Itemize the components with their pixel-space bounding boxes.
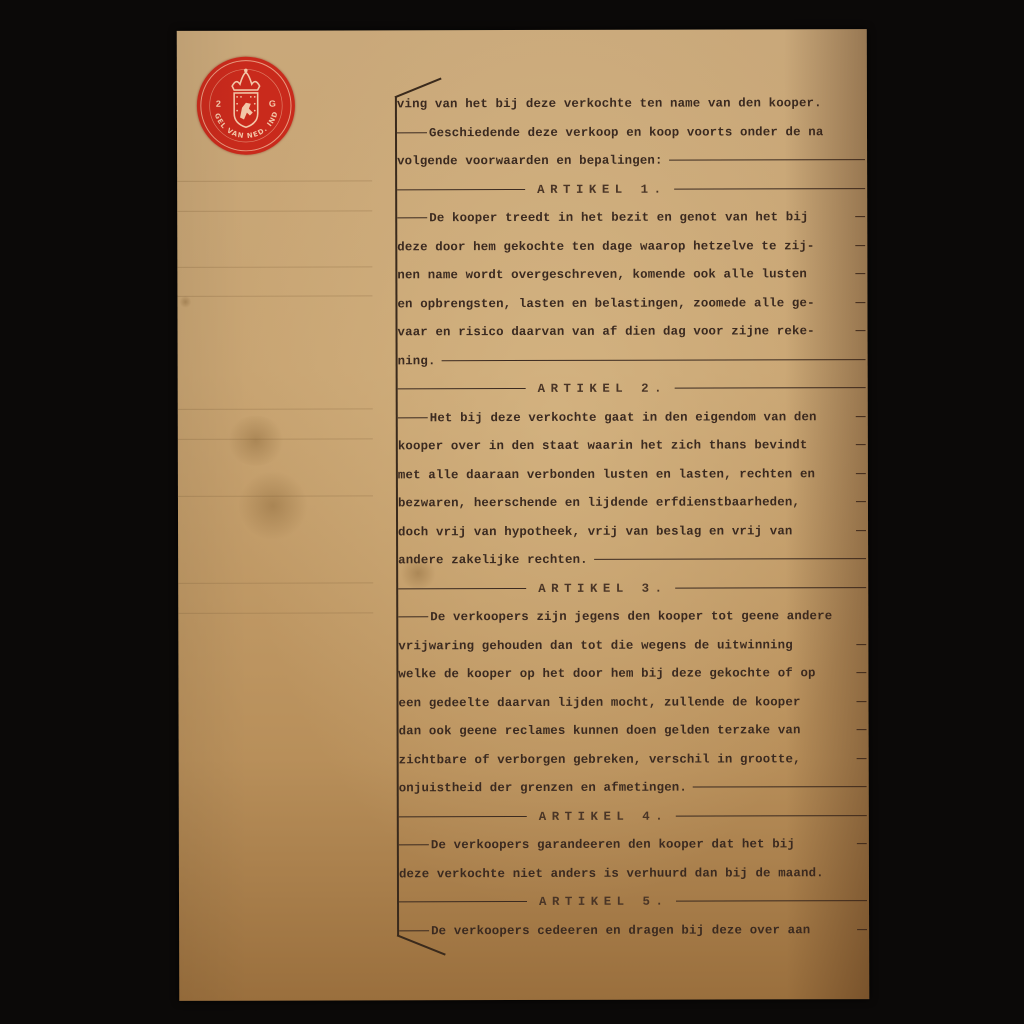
line-text: onjuistheid der grenzen en afmetingen. — [399, 774, 687, 803]
paragraph-lead-rule — [397, 216, 427, 218]
deed-text: ving van het bij deze verkochte ten name… — [397, 89, 867, 945]
document-page: ZEGEL VAN NED. INDIË 2 G ving van het bi… — [177, 29, 870, 1001]
line-tail-rule — [857, 929, 867, 930]
seal-denomination-right: G — [269, 99, 276, 109]
text-line: deze verkochte niet anders is verhuurd d… — [399, 859, 867, 889]
text-line: bezwaren, heerschende en lijdende erfdie… — [398, 488, 866, 518]
line-tail-rule — [855, 302, 865, 303]
text-line: zichtbare of verborgen gebreken, verschi… — [399, 745, 867, 775]
margin-rule — [177, 210, 372, 212]
line-text: De verkoopers cedeeren en dragen bij dez… — [431, 916, 810, 945]
line-text: deze verkochte niet anders is verhuurd d… — [399, 859, 824, 889]
line-tail-rule — [856, 416, 866, 417]
paragraph-lead-rule — [399, 929, 429, 931]
text-line: kooper over in den staat waarin het zich… — [398, 431, 866, 461]
stain — [179, 296, 191, 308]
line-tail-rule — [856, 501, 866, 502]
article-title: ARTIKEL 1. — [537, 175, 666, 204]
text-line: De verkoopers garandeeren den kooper dat… — [399, 830, 867, 860]
line-text: doch vrij van hypotheek, vrij van beslag… — [398, 517, 793, 547]
article-heading: ARTIKEL 2. — [398, 374, 866, 404]
text-line: ning. — [398, 346, 866, 376]
line-text: volgende voorwaarden en bepalingen: — [397, 147, 663, 176]
text-line: doch vrij van hypotheek, vrij van beslag… — [398, 517, 866, 547]
line-text: andere zakelijke rechten. — [398, 546, 588, 575]
article-heading: ARTIKEL 4. — [399, 802, 867, 832]
line-text: zichtbare of verborgen gebreken, verschi… — [399, 745, 801, 775]
text-line: volgende voorwaarden en bepalingen: — [397, 146, 865, 176]
article-title: ARTIKEL 5. — [539, 888, 668, 917]
article-title: ARTIKEL 2. — [538, 375, 667, 404]
line-text: De kooper treedt in het bezit en genot v… — [429, 203, 808, 232]
text-line: De verkoopers cedeeren en dragen bij dez… — [399, 916, 867, 946]
line-tail-rule — [856, 473, 866, 474]
line-text: bezwaren, heerschende en lijdende erfdie… — [398, 488, 800, 518]
line-text: welke de kooper op het door hem bij deze… — [398, 659, 815, 689]
heading-rule-right — [676, 900, 867, 901]
text-line: Geschiedende deze verkoop en koop voorts… — [397, 118, 865, 148]
line-text: nen name wordt overgeschreven, komende o… — [397, 260, 807, 290]
line-tail-rule — [856, 330, 866, 331]
line-fill-rule — [594, 557, 866, 560]
line-tail-rule — [856, 672, 866, 673]
text-line: Het bij deze verkochte gaat in den eigen… — [398, 403, 866, 433]
text-line: De kooper treedt in het bezit en genot v… — [397, 203, 865, 233]
line-text: ning. — [398, 347, 436, 376]
text-line: onjuistheid der grenzen en afmetingen. — [399, 773, 867, 803]
line-text: Geschiedende deze verkoop en koop voorts… — [429, 118, 824, 148]
revenue-stamp-seal-icon: ZEGEL VAN NED. INDIË 2 G — [197, 57, 295, 155]
seal-bottom-text: ZEGEL VAN NED. INDIË — [197, 57, 280, 141]
line-tail-rule — [855, 245, 865, 246]
line-tail-rule — [856, 701, 866, 702]
text-line: met alle daaraan verbonden lusten en las… — [398, 460, 866, 490]
article-title: ARTIKEL 3. — [538, 574, 667, 603]
line-fill-rule — [669, 158, 866, 161]
text-line: ving van het bij deze verkochte ten name… — [397, 89, 865, 119]
seal-denomination-left: 2 — [216, 99, 221, 109]
text-line: vaar en risico daarvan van af dien dag v… — [397, 317, 865, 347]
heading-rule-right — [675, 387, 866, 388]
heading-rule-left — [398, 587, 526, 588]
text-line: andere zakelijke rechten. — [398, 545, 866, 575]
text-line: nen name wordt overgeschreven, komende o… — [397, 260, 865, 290]
line-text: vrijwaring gehouden dan tot die wegens d… — [398, 631, 793, 661]
text-line: een gedeelte daarvan lijden mocht, zulle… — [398, 688, 866, 718]
line-tail-rule — [856, 530, 866, 531]
line-tail-rule — [856, 444, 866, 445]
line-text: De verkoopers garandeeren den kooper dat… — [431, 830, 795, 859]
heading-rule-left — [399, 815, 527, 816]
stain — [226, 416, 286, 466]
article-heading: ARTIKEL 1. — [397, 175, 865, 205]
heading-rule-left — [398, 388, 526, 389]
margin-rule — [177, 266, 372, 268]
paragraph-lead-rule — [399, 843, 429, 845]
paragraph-lead-rule — [398, 416, 428, 418]
article-title: ARTIKEL 4. — [539, 802, 668, 831]
line-text: vaar en risico daarvan van af dien dag v… — [397, 317, 814, 347]
margin-rule — [178, 408, 373, 410]
paragraph-lead-rule — [397, 131, 427, 133]
line-text: kooper over in den staat waarin het zich… — [398, 431, 808, 461]
line-tail-rule — [857, 729, 867, 730]
margin-rule — [177, 295, 372, 297]
text-line: dan ook geene reclames kunnen doen gelde… — [399, 716, 867, 746]
line-text: deze door hem gekochte ten dage waarop h… — [397, 232, 814, 262]
heading-rule-right — [675, 188, 866, 189]
paragraph-lead-rule — [398, 615, 428, 617]
heading-rule-left — [399, 901, 527, 902]
line-text: dan ook geene reclames kunnen doen gelde… — [399, 716, 801, 746]
line-text: ving van het bij deze verkochte ten name… — [397, 89, 822, 119]
text-line: De verkoopers zijn jegens den kooper tot… — [398, 602, 866, 632]
line-tail-rule — [855, 216, 865, 217]
line-tail-rule — [857, 758, 867, 759]
line-text: Het bij deze verkochte gaat in den eigen… — [430, 403, 817, 433]
line-fill-rule — [693, 785, 867, 787]
text-line: en opbrengsten, lasten en belastingen, z… — [397, 289, 865, 319]
line-tail-rule — [855, 273, 865, 274]
text-line: vrijwaring gehouden dan tot die wegens d… — [398, 631, 866, 661]
line-text: en opbrengsten, lasten en belastingen, z… — [397, 289, 814, 319]
stain — [238, 471, 308, 541]
line-text: met alle daaraan verbonden lusten en las… — [398, 460, 815, 490]
svg-text:ZEGEL VAN NED. INDIË: ZEGEL VAN NED. INDIË — [197, 57, 280, 141]
article-heading: ARTIKEL 3. — [398, 574, 866, 604]
line-text: De verkoopers zijn jegens den kooper tot… — [430, 602, 832, 632]
article-heading: ARTIKEL 5. — [399, 887, 867, 917]
line-tail-rule — [857, 843, 867, 844]
line-text: een gedeelte daarvan lijden mocht, zulle… — [398, 688, 800, 718]
heading-rule-left — [397, 188, 525, 189]
margin-rule — [178, 582, 373, 584]
line-tail-rule — [856, 644, 866, 645]
heading-rule-right — [676, 587, 867, 588]
line-fill-rule — [442, 358, 866, 361]
text-line: welke de kooper op het door hem bij deze… — [398, 659, 866, 689]
margin-rule — [177, 180, 372, 182]
text-line: deze door hem gekochte ten dage waarop h… — [397, 232, 865, 262]
margin-rule — [178, 612, 373, 614]
heading-rule-right — [676, 815, 867, 816]
